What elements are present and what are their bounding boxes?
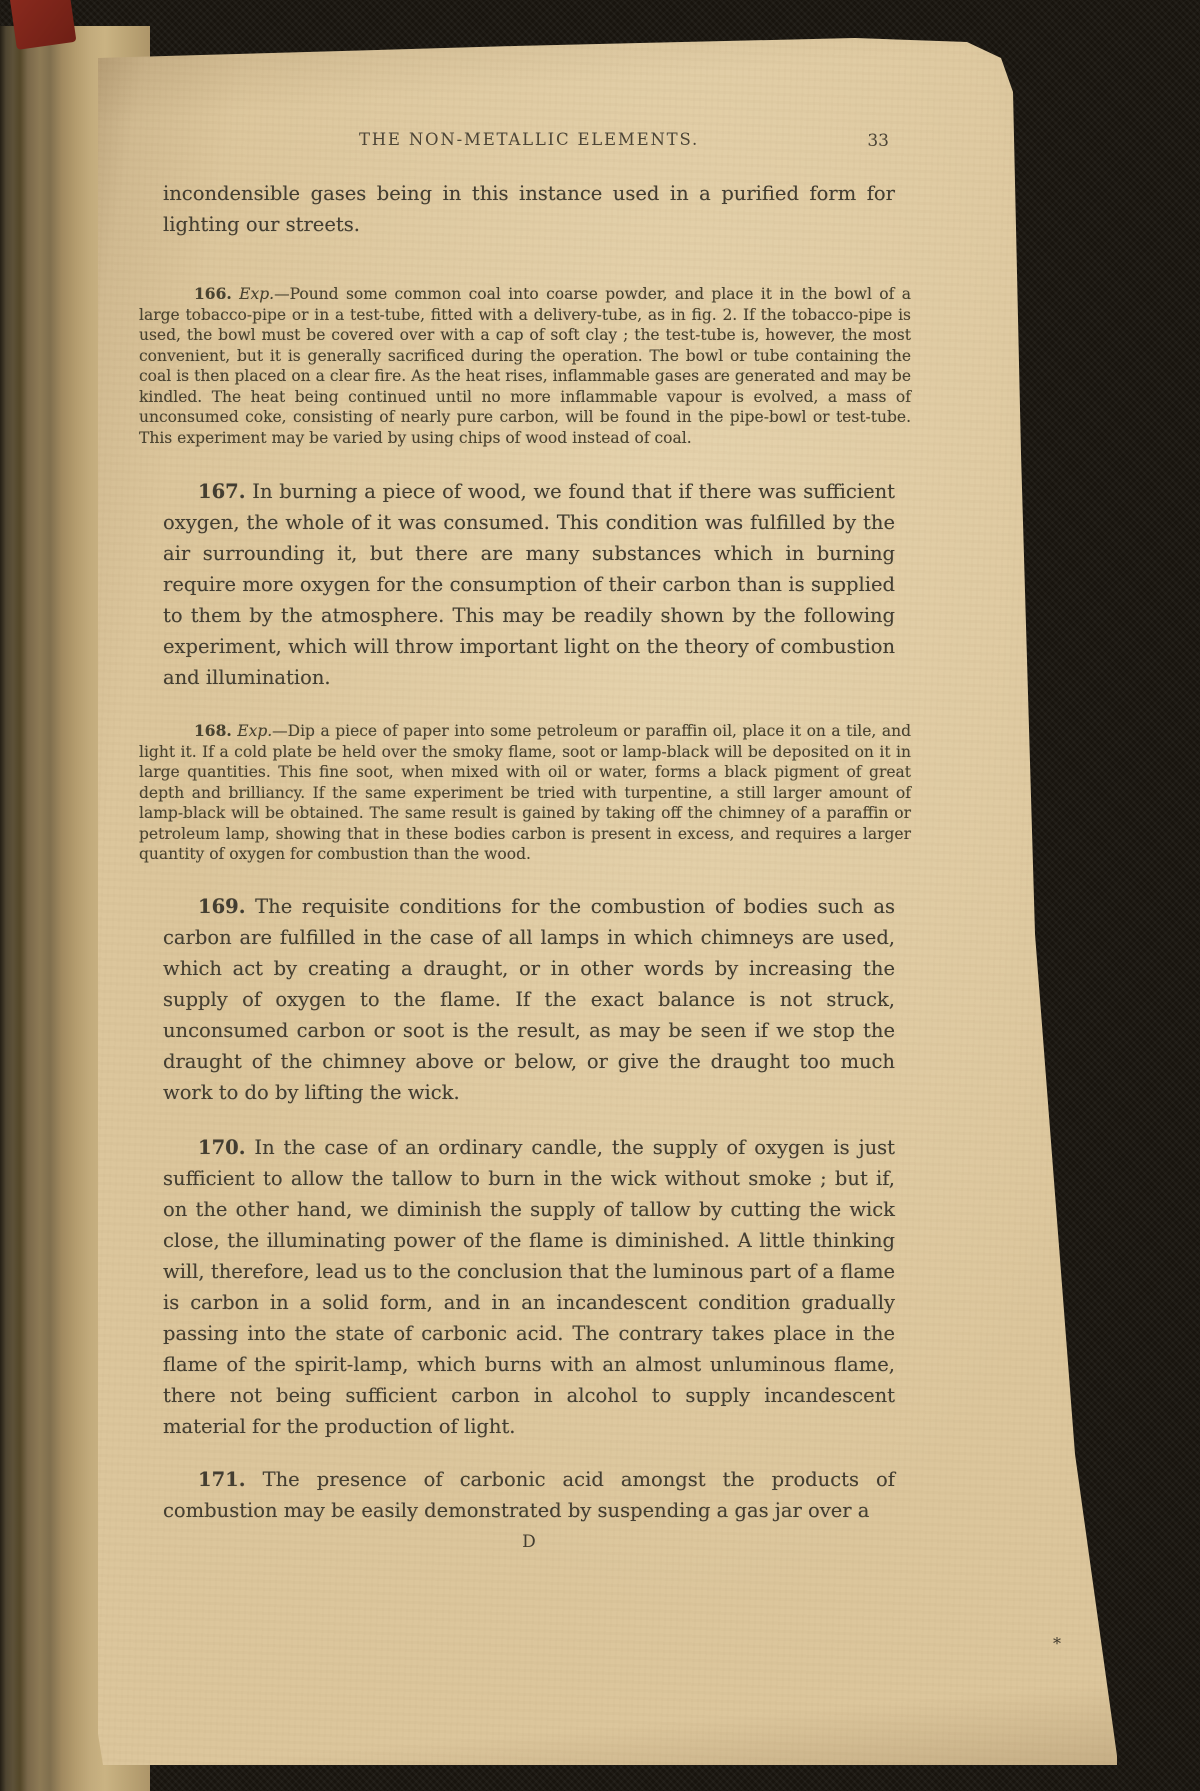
paragraph-text: In the case of an ordinary candle, the s… — [163, 1136, 895, 1438]
text-block: THE NON-METALLIC ELEMENTS. 33 incondensi… — [163, 130, 895, 1552]
paragraph-number: 169. — [198, 895, 246, 918]
paragraph-number: 171. — [198, 1468, 246, 1491]
experiment-label: Exp. — [239, 285, 274, 303]
paragraph-171: 171. The presence of carbonic acid among… — [163, 1464, 895, 1526]
paragraph-text: —Dip a piece of paper into some petroleu… — [139, 722, 911, 863]
paragraph-number: 167. — [198, 480, 246, 503]
experiment-label: Exp. — [237, 722, 272, 740]
paragraph-text: incondensible gases being in this instan… — [163, 182, 895, 236]
paragraph-text: The requisite conditions for the combust… — [163, 895, 895, 1104]
footnote-asterisk: * — [1053, 1634, 1061, 1653]
book-page: THE NON-METALLIC ELEMENTS. 33 incondensi… — [95, 34, 1160, 1769]
book-photo: { "photo": { "background_color": "#18140… — [0, 0, 1200, 1791]
paragraph-text: In burning a piece of wood, we found tha… — [163, 480, 895, 689]
book-spine — [10, 0, 77, 50]
paragraph-169: 169. The requisite conditions for the co… — [163, 891, 895, 1108]
paragraph-text: The presence of carbonic acid amongst th… — [163, 1468, 895, 1522]
page-number: 33 — [867, 131, 889, 151]
signature-mark: D — [163, 1532, 895, 1552]
running-title: THE NON-METALLIC ELEMENTS. — [163, 130, 895, 149]
paragraph-170: 170. In the case of an ordinary candle, … — [163, 1132, 895, 1442]
paragraph-167: 167. In burning a piece of wood, we foun… — [163, 476, 895, 693]
paragraph-number: 168. — [194, 721, 232, 740]
paragraph-166: 166. Exp.—Pound some common coal into co… — [139, 284, 911, 448]
paragraph-text: —Pound some common coal into coarse powd… — [139, 285, 911, 447]
page-header: THE NON-METALLIC ELEMENTS. 33 — [163, 130, 895, 156]
paragraph-168: 168. Exp.—Dip a piece of paper into some… — [139, 721, 911, 865]
paragraph-continuation: incondensible gases being in this instan… — [163, 178, 895, 240]
paragraph-number: 170. — [198, 1136, 246, 1159]
paragraph-number: 166. — [194, 284, 232, 303]
